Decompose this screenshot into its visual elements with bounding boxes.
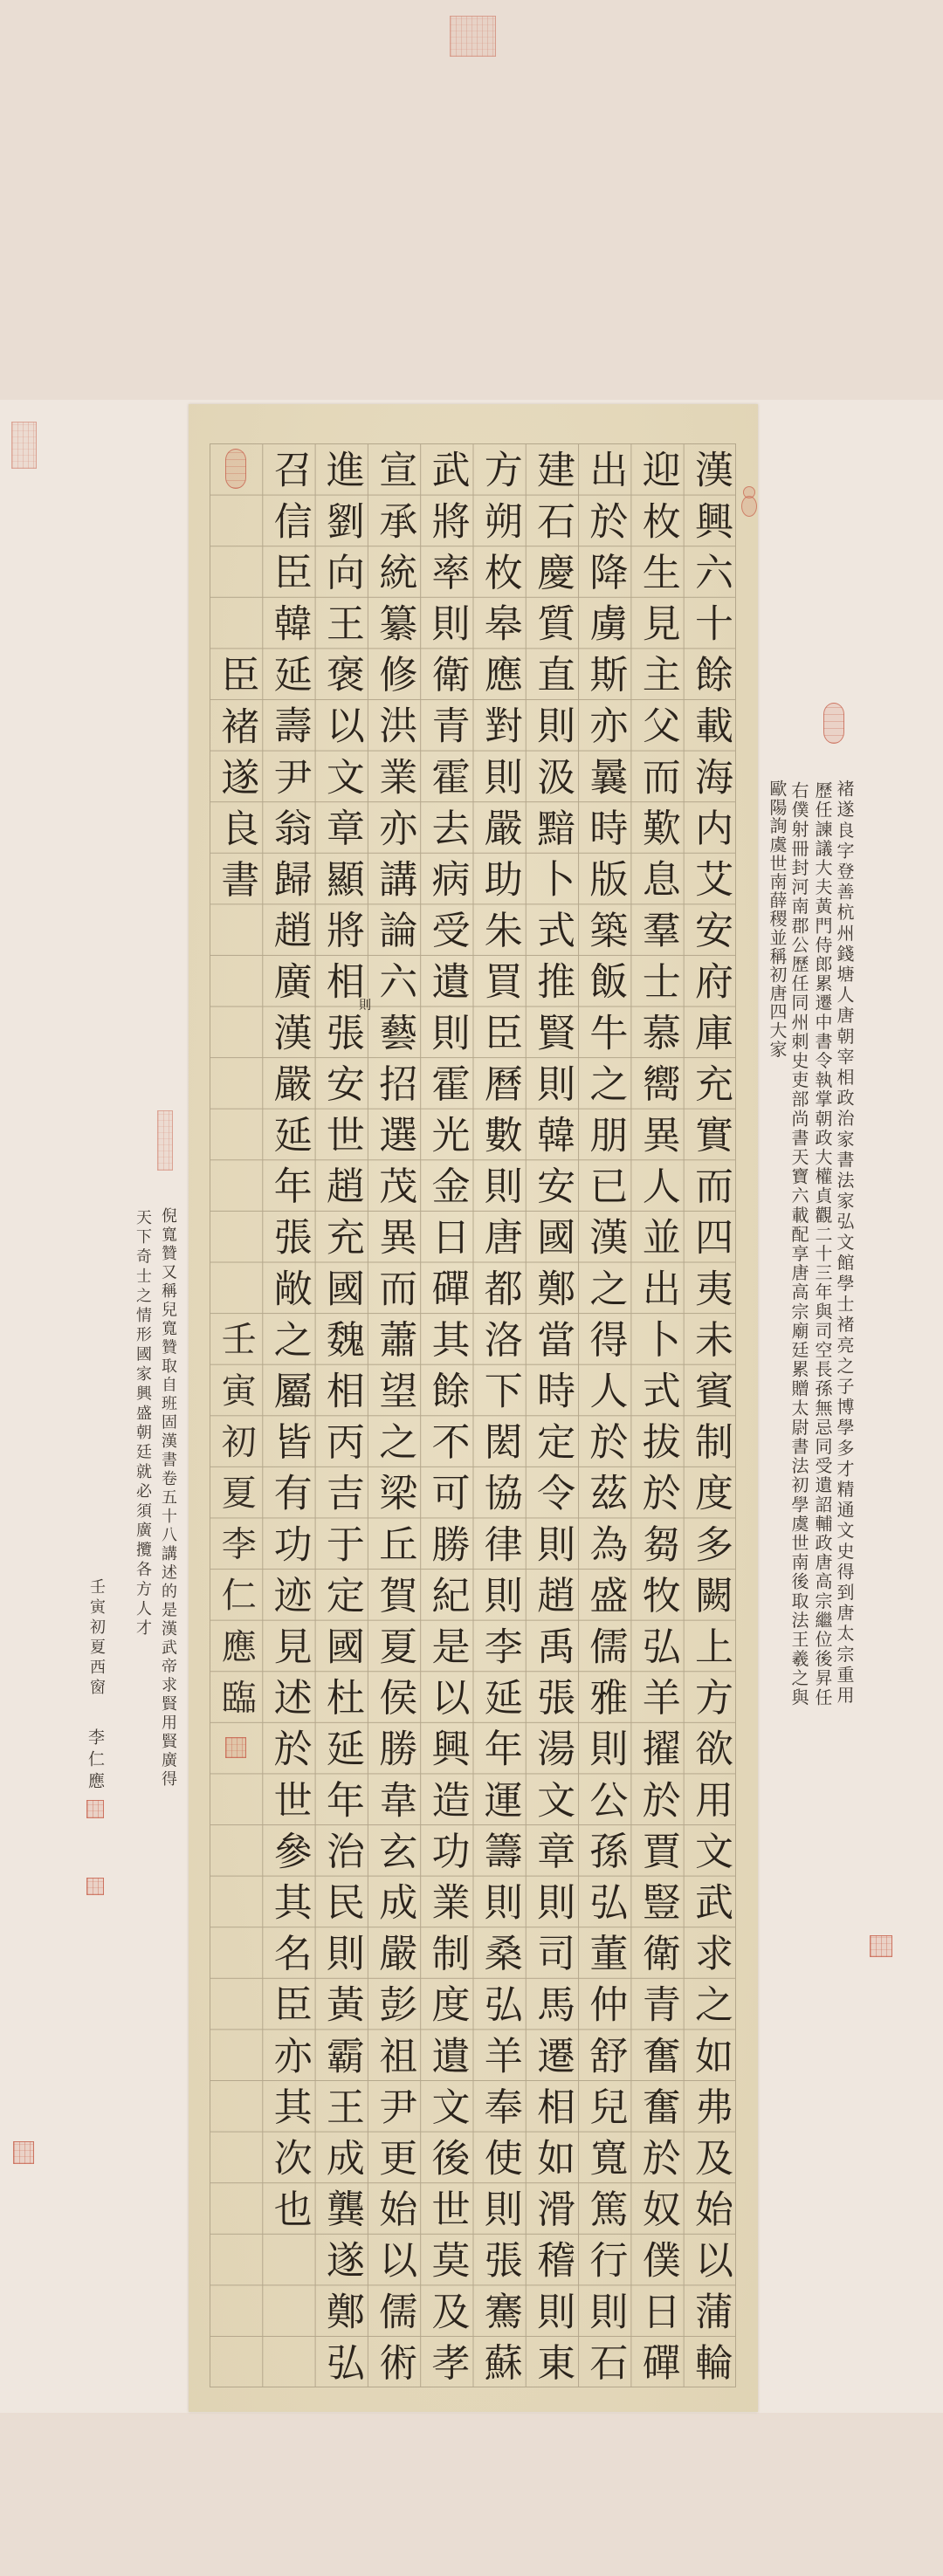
seal-stamp-below-signature-2 bbox=[86, 1878, 104, 1895]
seal-stamp-left-margin-bottom bbox=[13, 2141, 34, 2164]
text-column-9: 召信臣韓延壽尹翁歸趙廣漢嚴延年張敞之屬皆有功迹見述於世參其名臣亦其次也 bbox=[262, 443, 314, 2387]
text-column-2: 迎枚生見主父而歎息羣士慕嚮異人並出卜式拔於芻牧弘羊擢於賈豎衛青奮奮於奴僕日磾 bbox=[630, 443, 683, 2387]
artist-signature-name: 李仁應 bbox=[86, 1728, 105, 1794]
seal-stamp-above-right-inscription bbox=[823, 703, 844, 744]
seal-stamp-right-margin-lower bbox=[870, 1935, 892, 1957]
text-column-1: 漢興六十餘載海内艾安府庫充實而四夷未賓制度多闕上方欲用文武求之如弗及始以蒲輪 bbox=[684, 443, 736, 2387]
text-column-4: 建石慶質直則汲黯卜式推賢則韓安國鄭當時定令則趙禹張湯文章則司馬遷相如滑稽則東 bbox=[526, 443, 578, 2387]
seal-stamp-above-left-inscription bbox=[157, 1110, 173, 1171]
left-inscription-column-1: 倪寬贊又稱兒寬贊取自班固漢書卷五十八講述的是漢武帝求賢用賢廣得 bbox=[158, 1207, 177, 1789]
colophon-text: 壬寅初夏李仁應臨 bbox=[210, 1313, 262, 1730]
seal-stamp-after-colophon bbox=[225, 1737, 246, 1758]
text-column-8: 進劉向王褒以文章顯將相張安世趙充國魏相丙吉于定國杜延年治民則黃霸王成龔遂鄭弘 bbox=[315, 443, 368, 2387]
artist-signature-date: 壬寅初夏西窗 bbox=[86, 1578, 106, 1699]
right-inscription-column-4: 歐陽詢虞世南薛稷並稱初唐四大家 bbox=[767, 780, 788, 1059]
seal-stamp-panel-top-left bbox=[225, 449, 246, 489]
seal-stamp-below-signature-1 bbox=[86, 1800, 104, 1818]
seal-stamp-top-center bbox=[450, 16, 496, 57]
right-inscription-column-3: 右僕射冊封河南郡公歷任同州刺史吏部尚書天寶六載配享唐高宗廟廷累贈太尉書法初學虞世… bbox=[788, 781, 809, 1707]
insertion-mark: 則 bbox=[359, 999, 371, 1013]
seal-stamp-left-margin-top bbox=[11, 422, 37, 469]
attribution-text: 臣褚遂良書 bbox=[210, 648, 262, 910]
right-inscription-column-2: 歷任諫議大夫黃門侍郎累遷中書令執掌朝政大權貞觀二十三年與司空長孫無忌同受遺詔輔政… bbox=[812, 781, 833, 1707]
seal-stamp-panel-gourd bbox=[741, 486, 757, 517]
text-column-5: 方朔枚皋應對則嚴助朱買臣曆數則唐都洛下閎協律則李延年運籌則桑弘羊奉使則張騫蘇 bbox=[473, 443, 526, 2387]
text-column-7: 宣承統纂修洪業亦講論六藝招選茂異而蕭望之梁丘賀夏侯勝韋玄成嚴彭祖尹更始以儒術 bbox=[368, 443, 420, 2387]
right-inscription-column-1: 褚遂良字登善杭州錢塘人唐朝宰相政治家書法家弘文館學士褚亮之子博學多才精通文史得到… bbox=[834, 780, 855, 1707]
text-column-3: 出於降虜斯亦曩時版築飯牛之朋已漢之得人於茲為盛儒雅則公孫弘董仲舒兒寬篤行則石 bbox=[578, 443, 630, 2387]
text-column-6: 武將率則衛青霍去病受遺則霍光金日磾其餘不可勝紀是以興造功業制度遺文後世莫及孝 bbox=[420, 443, 472, 2387]
left-inscription-column-2: 天下奇士之情形國家興盛朝廷就必須廣攬各方人才 bbox=[133, 1209, 152, 1639]
